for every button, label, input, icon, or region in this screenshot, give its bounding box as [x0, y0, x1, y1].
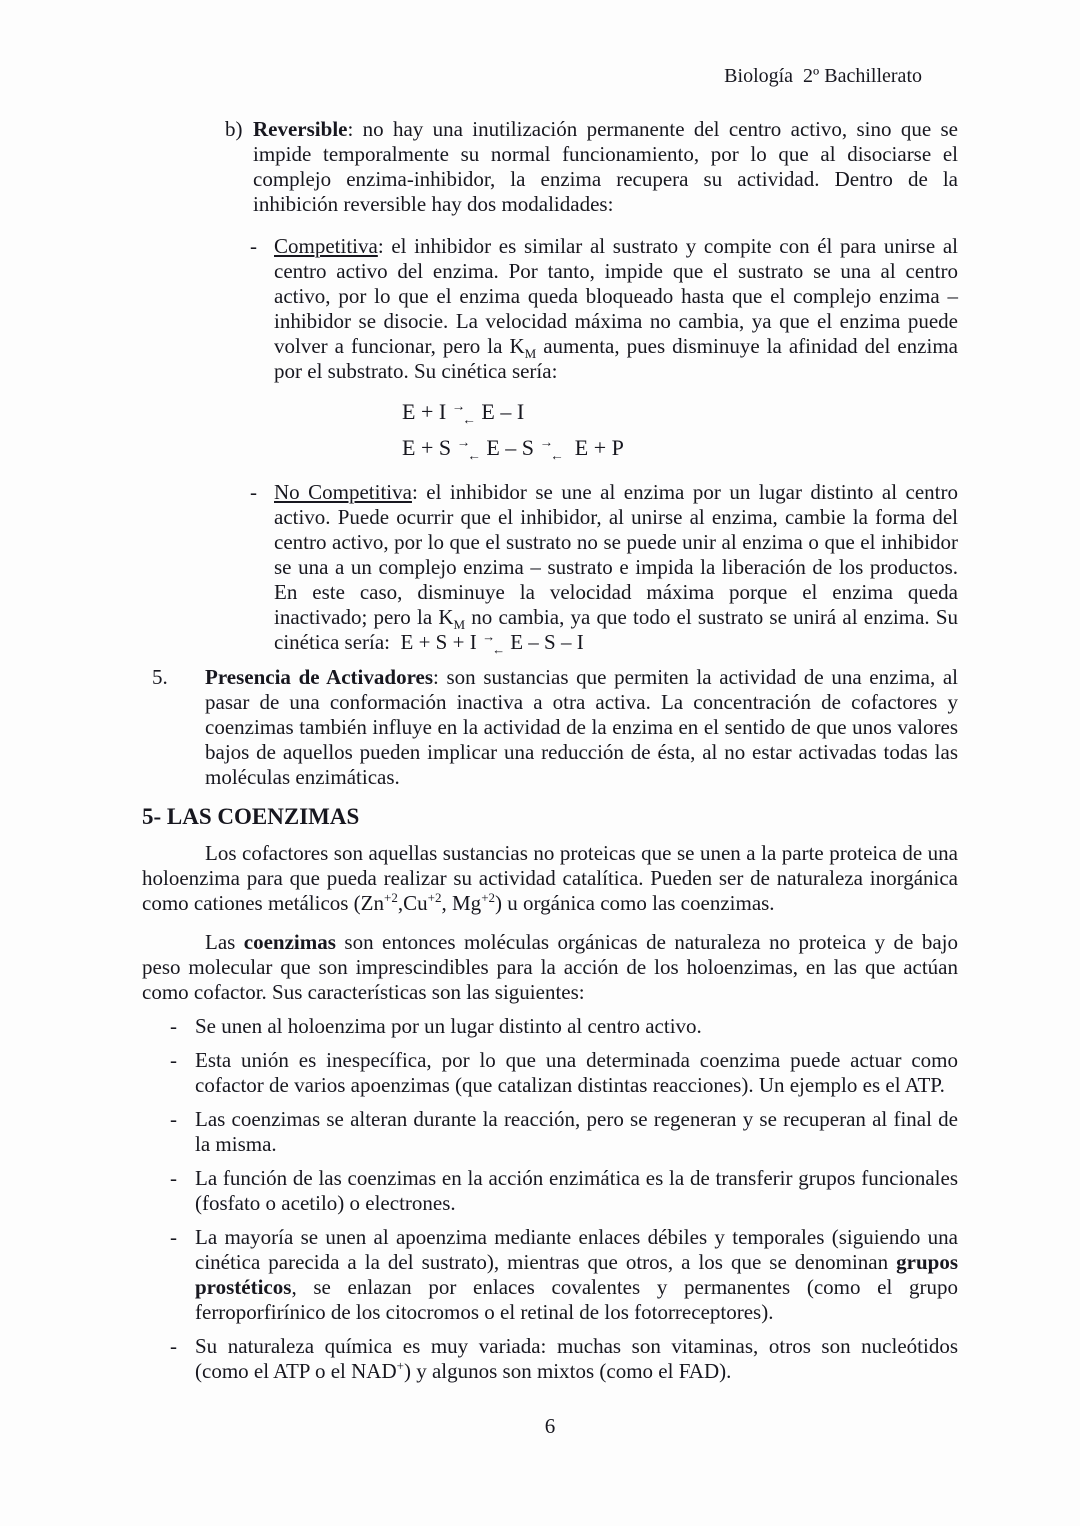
document-body: b) Reversible: no hay una inutilización … — [142, 117, 958, 1384]
paragraph-text: Su naturaleza química es muy variada: mu… — [195, 1334, 958, 1383]
list-marker: b) — [225, 117, 243, 142]
list-item: - La mayoría se unen al apoenzima median… — [142, 1225, 958, 1325]
paragraph-text: No Competitiva: el inhibidor se une al e… — [274, 480, 958, 654]
paragraph-text: Competitiva: el inhibidor es similar al … — [274, 234, 958, 383]
paragraph-text: Las coenzimas se alteran durante la reac… — [195, 1107, 958, 1156]
list-marker: - — [170, 1334, 177, 1359]
coenzimas-bullet-list: - Se unen al holoenzima por un lugar dis… — [142, 1014, 958, 1384]
kinetics-equation-2: E + S →← E – S →← E + P — [402, 433, 958, 463]
kinetics-equation-1: E + I →← E – I — [402, 397, 958, 427]
list-item: - Las coenzimas se alteran durante la re… — [142, 1107, 958, 1157]
paragraph-text: Reversible: no hay una inutilización per… — [253, 117, 958, 216]
list-item: - La función de las coenzimas en la acci… — [142, 1166, 958, 1216]
page-number: 6 — [142, 1414, 958, 1439]
paragraph-cofactores: Los cofactores son aquellas sustancias n… — [142, 841, 958, 916]
list-marker: - — [250, 480, 257, 505]
list-marker: - — [170, 1014, 177, 1039]
list-item-reversible: b) Reversible: no hay una inutilización … — [142, 117, 958, 217]
list-item: - Se unen al holoenzima por un lugar dis… — [142, 1014, 958, 1039]
list-marker: - — [250, 234, 257, 259]
paragraph-text: Se unen al holoenzima por un lugar disti… — [195, 1014, 702, 1038]
list-item: - Su naturaleza química es muy variada: … — [142, 1334, 958, 1384]
section-heading-coenzimas: 5- LAS COENZIMAS — [142, 802, 958, 832]
paragraph-text: Presencia de Activadores: son sustancias… — [205, 665, 958, 789]
kinetics-equations: E + I →← E – I E + S →← E – S →← E + P — [402, 397, 958, 463]
list-item: - Esta unión es inespecífica, por lo que… — [142, 1048, 958, 1098]
paragraph-text: Esta unión es inespecífica, por lo que u… — [195, 1048, 958, 1097]
list-marker: - — [170, 1107, 177, 1132]
paragraph-text: La función de las coenzimas en la acción… — [195, 1166, 958, 1215]
document-page: Biología 2º Bachillerato b) Reversible: … — [0, 0, 1080, 1526]
list-item-activadores: 5. Presencia de Activadores: son sustanc… — [142, 665, 958, 790]
list-marker: - — [170, 1048, 177, 1073]
list-item-no-competitiva: - No Competitiva: el inhibidor se une al… — [142, 480, 958, 655]
page-header: Biología 2º Bachillerato — [0, 64, 922, 88]
list-marker: - — [170, 1225, 177, 1250]
paragraph-text: La mayoría se unen al apoenzima mediante… — [195, 1225, 958, 1324]
list-item-competitiva: - Competitiva: el inhibidor es similar a… — [142, 234, 958, 384]
paragraph-coenzimas: Las coenzimas son entonces moléculas org… — [142, 930, 958, 1005]
list-marker: - — [170, 1166, 177, 1191]
list-marker: 5. — [152, 665, 168, 690]
